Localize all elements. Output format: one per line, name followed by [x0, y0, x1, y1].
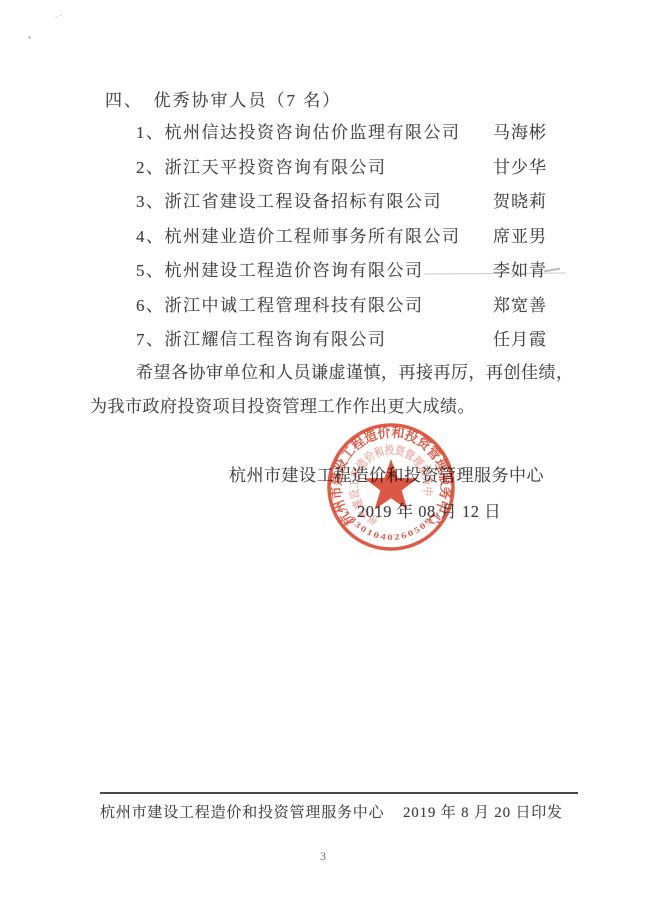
awardee-company: 6、浙江中诚工程管理科技有限公司	[136, 291, 424, 316]
document-page: ·˙ 四、 优秀协审人员（7 名） 1、杭州信达投资咨询估价监理有限公司 马海彬…	[0, 0, 650, 919]
awardee-company: 4、杭州建业造价工程师事务所有限公司	[136, 222, 461, 247]
awardee-name: 李如青	[493, 256, 547, 281]
seal-serial-container: 3301040260509	[348, 514, 435, 542]
awardee-company: 3、浙江省建设工程设备招标有限公司	[136, 187, 442, 212]
awardee-company: 7、浙江耀信工程咨询有限公司	[136, 325, 387, 350]
awardee-company: 5、杭州建设工程造价咨询有限公司	[136, 256, 424, 281]
scan-speck	[28, 36, 31, 39]
footer-divider	[100, 792, 578, 794]
awardee-name: 马海彬	[493, 118, 547, 143]
footer-issuer: 杭州市建设工程造价和投资管理服务中心	[100, 801, 384, 822]
closing-paragraph-line: 希望各协审单位和人员谦虚谨慎，再接再厉，再创佳绩，	[136, 358, 574, 383]
awardee-name: 席亚男	[493, 222, 547, 247]
section-heading: 四、 优秀协审人员（7 名）	[105, 86, 341, 111]
awardee-name: 郑宽善	[493, 291, 547, 316]
awardee-company: 2、浙江天平投资咨询有限公司	[136, 153, 387, 178]
awardee-name: 任月霞	[493, 325, 547, 350]
awardee-name: 贺晓莉	[493, 187, 547, 212]
awardee-company: 1、杭州信达投资咨询估价监理有限公司	[136, 118, 461, 143]
footer-issue-date: 2019 年 8 月 20 日印发	[403, 801, 563, 822]
seal-star-icon	[364, 459, 417, 510]
awardee-name: 甘少华	[493, 153, 547, 178]
official-seal: 杭州市建设工程造价和投资管理服务中心 杭州市建设工程造价和投资管理服务中心 33…	[308, 404, 474, 570]
seal-serial-number: 3301040260509	[348, 514, 435, 542]
scan-speck: ·˙	[52, 11, 63, 25]
page-number: 3	[320, 849, 326, 864]
